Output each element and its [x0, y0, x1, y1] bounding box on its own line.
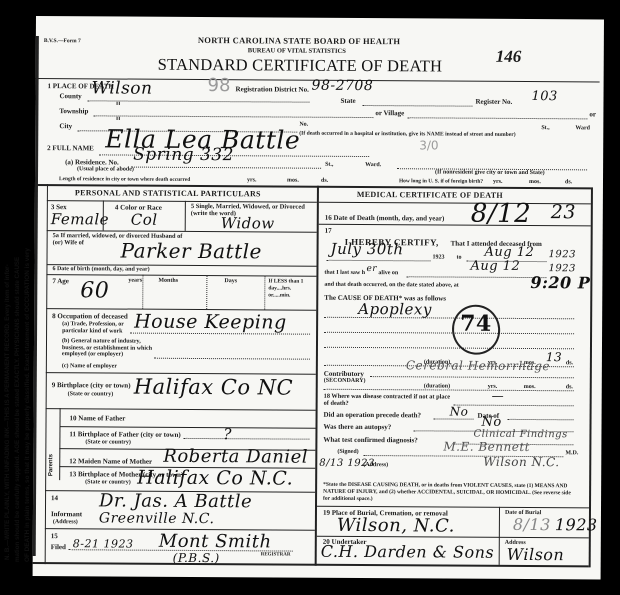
- date-of-death-year: 23: [551, 201, 576, 223]
- informant-label: Informant: [51, 510, 82, 518]
- ward-label: Ward: [575, 125, 590, 131]
- township-value: ": [115, 99, 121, 113]
- or-label: or: [589, 110, 596, 118]
- item-17-label: 17: [325, 227, 332, 235]
- hospital-note: (If death occurred in a hospital or inst…: [299, 131, 515, 138]
- less-than-day-label: If LESS than 1 day....hrs. or.....min.: [268, 278, 312, 299]
- father-birthplace-line: [183, 438, 309, 440]
- spouse-value: Parker Battle: [120, 239, 261, 264]
- left-inner-border: [45, 184, 48, 564]
- residence-label: (a) Residence. No.: [65, 158, 119, 166]
- disease-contracted-value: —: [492, 389, 505, 403]
- disease-contracted-line: [454, 405, 574, 407]
- operation-label: Did an operation precede death?: [324, 411, 422, 420]
- color-divider: [185, 201, 186, 231]
- operation-line: [434, 418, 474, 419]
- bureau-title: BUREAU OF VITAL STATISTICS: [248, 47, 346, 55]
- residence-line: [131, 167, 321, 169]
- contributory-line: [370, 376, 574, 378]
- length-of-residence-label: Length of residence in city or town wher…: [59, 176, 190, 183]
- cause-line-2: [324, 332, 574, 335]
- personal-section-title: PERSONAL AND STATISTICAL PARTICULARS: [75, 188, 261, 198]
- birthplace-label: 9 Birthplace (city or town): [52, 381, 131, 389]
- last-saw-date: Aug 12: [470, 259, 520, 274]
- right-rule-2: [319, 224, 591, 227]
- autopsy-value: No: [481, 415, 501, 430]
- registration-district-label: Registration District No.: [236, 85, 309, 93]
- years-label: years: [128, 278, 142, 284]
- father-birthplace-label: 11 Birthplace of Father (city or town): [69, 430, 180, 439]
- disease-contracted-label: 18 Where was disease contracted if not a…: [324, 393, 454, 408]
- left-rule-1: [47, 200, 317, 203]
- occupation-label: 8 Occupation of deceased: [52, 312, 128, 320]
- mother-value: Roberta Daniel: [163, 446, 308, 468]
- state-label: State: [340, 97, 355, 105]
- length-yrs: yrs.: [247, 177, 257, 183]
- length-ds: ds.: [321, 178, 328, 184]
- margin-instruction-line-3: OF DEATH in plain terms, so that it may …: [24, 22, 31, 562]
- signed-label: (Signed): [337, 449, 358, 455]
- md-label: M.D.: [565, 450, 578, 456]
- occupation-value: House Keeping: [134, 311, 287, 334]
- occupation-b-label: (b) General nature of industry, business…: [62, 338, 162, 358]
- last-saw-line: [406, 276, 546, 278]
- city-label: City: [59, 122, 72, 130]
- st-label: St.,: [541, 125, 549, 131]
- township-label: Township: [59, 107, 88, 115]
- color-value: Col: [131, 211, 158, 229]
- agency-title: NORTH CAROLINA STATE BOARD OF HEALTH: [198, 35, 401, 46]
- months-label: Months: [158, 278, 178, 284]
- registration-district-value: 98-2708: [312, 78, 374, 94]
- full-name-pencil-note: 3/0: [419, 138, 438, 152]
- residence-ward-label: Ward.: [365, 162, 381, 168]
- operation-date-line: [508, 419, 574, 420]
- column-divider: [315, 186, 319, 566]
- county-pencil-note: 98: [208, 75, 231, 96]
- left-rule-8: [59, 426, 315, 429]
- sex-divider: [103, 200, 104, 230]
- signed-value: M.E. Bennett: [443, 439, 530, 454]
- bottom-rule: [33, 562, 589, 567]
- father-birthplace-value: ?: [223, 425, 232, 443]
- burial-place-value: Wilson, N.C.: [337, 515, 455, 537]
- diagnosis-value: Clinical Findings: [473, 429, 567, 441]
- certificate-number: 146: [496, 47, 522, 67]
- register-no-label: Register No.: [475, 98, 512, 106]
- contributory-duration-line: [324, 389, 574, 392]
- cause-line-1: [324, 317, 574, 320]
- undertaker-value: C.H. Darden & Sons: [321, 542, 495, 562]
- filed-label: Filed: [51, 543, 66, 551]
- birthplace-sub-label: (State or country): [68, 391, 114, 397]
- mother-label: 12 Maiden Name of Mother: [69, 457, 152, 466]
- informant-address-value: Greenville N.C.: [99, 510, 215, 527]
- contributory-value: Cerebral Hemorrhage: [406, 358, 550, 373]
- diagnosis-label: What test confirmed diagnosis?: [323, 436, 417, 445]
- nonresident-note: (If nonresident give city or town and St…: [435, 169, 545, 176]
- medical-address-label: (Address): [363, 462, 388, 468]
- father-birthplace-sub-label: (State or country): [85, 439, 131, 445]
- left-rule-4: [46, 274, 316, 277]
- residence-value: Spring 332: [133, 145, 234, 166]
- age-divider-3: [264, 275, 265, 309]
- last-saw-label: that I last saw h: [324, 270, 365, 276]
- left-rule-7: [46, 408, 316, 411]
- death-time-label: and that death occurred, on the date sta…: [324, 282, 458, 289]
- county-label: County: [59, 92, 81, 100]
- form-id: B.V.S.—Form 7: [44, 38, 81, 44]
- informant-address-label: (Address): [53, 519, 78, 525]
- registrar-label: REGISTRAR: [261, 552, 291, 557]
- right-border: [589, 187, 593, 567]
- occupation-line: [130, 333, 310, 335]
- margin-instruction-line-1: N. B.—WRITE PLAINLY, WITH UNFADING INK—T…: [4, 20, 11, 560]
- county-value: Wilson: [91, 78, 152, 98]
- cause-line-3: [324, 347, 574, 350]
- father-label: 10 Name of Father: [70, 414, 126, 422]
- attended-from-year: 1923: [433, 254, 445, 260]
- death-certificate: B.V.S.—Form 7 NORTH CAROLINA STATE BOARD…: [33, 16, 604, 579]
- foreign-ds: ds.: [565, 179, 572, 185]
- informant-number: 14: [51, 494, 58, 502]
- death-time-value: 9:20 P: [530, 273, 590, 292]
- certificate-title: STANDARD CERTIFICATE OF DEATH: [158, 55, 443, 77]
- days-label: Days: [224, 278, 237, 284]
- autopsy-label: Was there an autopsy?: [323, 423, 391, 431]
- contributory-sub-label: (SECONDARY): [324, 378, 366, 384]
- residence-st-label: St.,: [325, 162, 333, 168]
- filed-number: 15: [51, 532, 58, 540]
- attended-to-year: 1923: [549, 249, 577, 260]
- occupation-c-label: (c) Name of employer: [62, 363, 117, 369]
- code-stamp-value: 74: [460, 311, 492, 337]
- no-label: No.: [299, 122, 308, 128]
- to-label: to: [457, 255, 462, 261]
- township-line: [93, 115, 373, 118]
- alive-on-label: alive on: [378, 270, 398, 276]
- burial-divider: [499, 507, 500, 565]
- mother-birthplace-value: Halifax Co N.C.: [137, 467, 293, 490]
- length-mos: mos.: [287, 178, 299, 184]
- state-line: [362, 105, 472, 107]
- attended-from-line: [327, 260, 431, 262]
- contributory-label: Contributory: [324, 370, 364, 378]
- parents-label: Parents: [48, 454, 54, 476]
- cause-footnote: *State the DISEASE CAUSING DEATH, or in …: [323, 482, 573, 505]
- parents-divider: [59, 408, 60, 480]
- birthplace-value: Halifax Co NC: [134, 375, 294, 400]
- cause-value: Apoplexy: [358, 300, 432, 318]
- residence-sub-label: (Usual place of abode): [77, 166, 134, 172]
- age-divider-2: [206, 275, 207, 309]
- village-line: [407, 117, 587, 119]
- margin-instruction-line-2: mation should be carefully supplied. AGE…: [14, 22, 21, 562]
- register-no-value: 103: [531, 89, 557, 104]
- foreign-yrs: yrs.: [493, 179, 503, 185]
- foreign-mos: mos.: [529, 179, 541, 185]
- left-border: [33, 36, 39, 556]
- attended-to-date: Aug 12: [485, 245, 535, 260]
- foreign-birth-label: How long in U. S. if of foreign birth?: [399, 178, 483, 185]
- last-saw-pronoun: er: [366, 264, 377, 274]
- full-name-label: 2 FULL NAME: [47, 144, 94, 152]
- operation-value: No: [450, 405, 469, 419]
- age-label: 7 Age: [52, 277, 69, 285]
- date-of-death-label: 16 Date of Death (month, day, and year): [325, 214, 445, 223]
- medical-address-value: Wilson N.C.: [483, 455, 559, 469]
- sex-value: Female: [51, 210, 109, 228]
- mother-birthplace-sub-label: (State or country): [85, 479, 131, 485]
- informant-value: Dr. Jas. A Battle: [99, 490, 252, 512]
- attended-from-date: July 30th: [331, 240, 404, 258]
- village-label: or Village: [375, 109, 404, 117]
- burial-date-value: 8/13: [513, 515, 551, 534]
- marital-value: Widow: [221, 214, 275, 232]
- age-divider-1: [142, 275, 143, 309]
- age-years-value: 60: [80, 278, 109, 303]
- burial-date-year: 1923: [555, 515, 598, 534]
- undertaker-address-value: Wilson: [507, 545, 565, 564]
- occupation-b-line: [154, 358, 310, 360]
- dob-label: 6 Date of birth (month, day, and year): [52, 266, 149, 273]
